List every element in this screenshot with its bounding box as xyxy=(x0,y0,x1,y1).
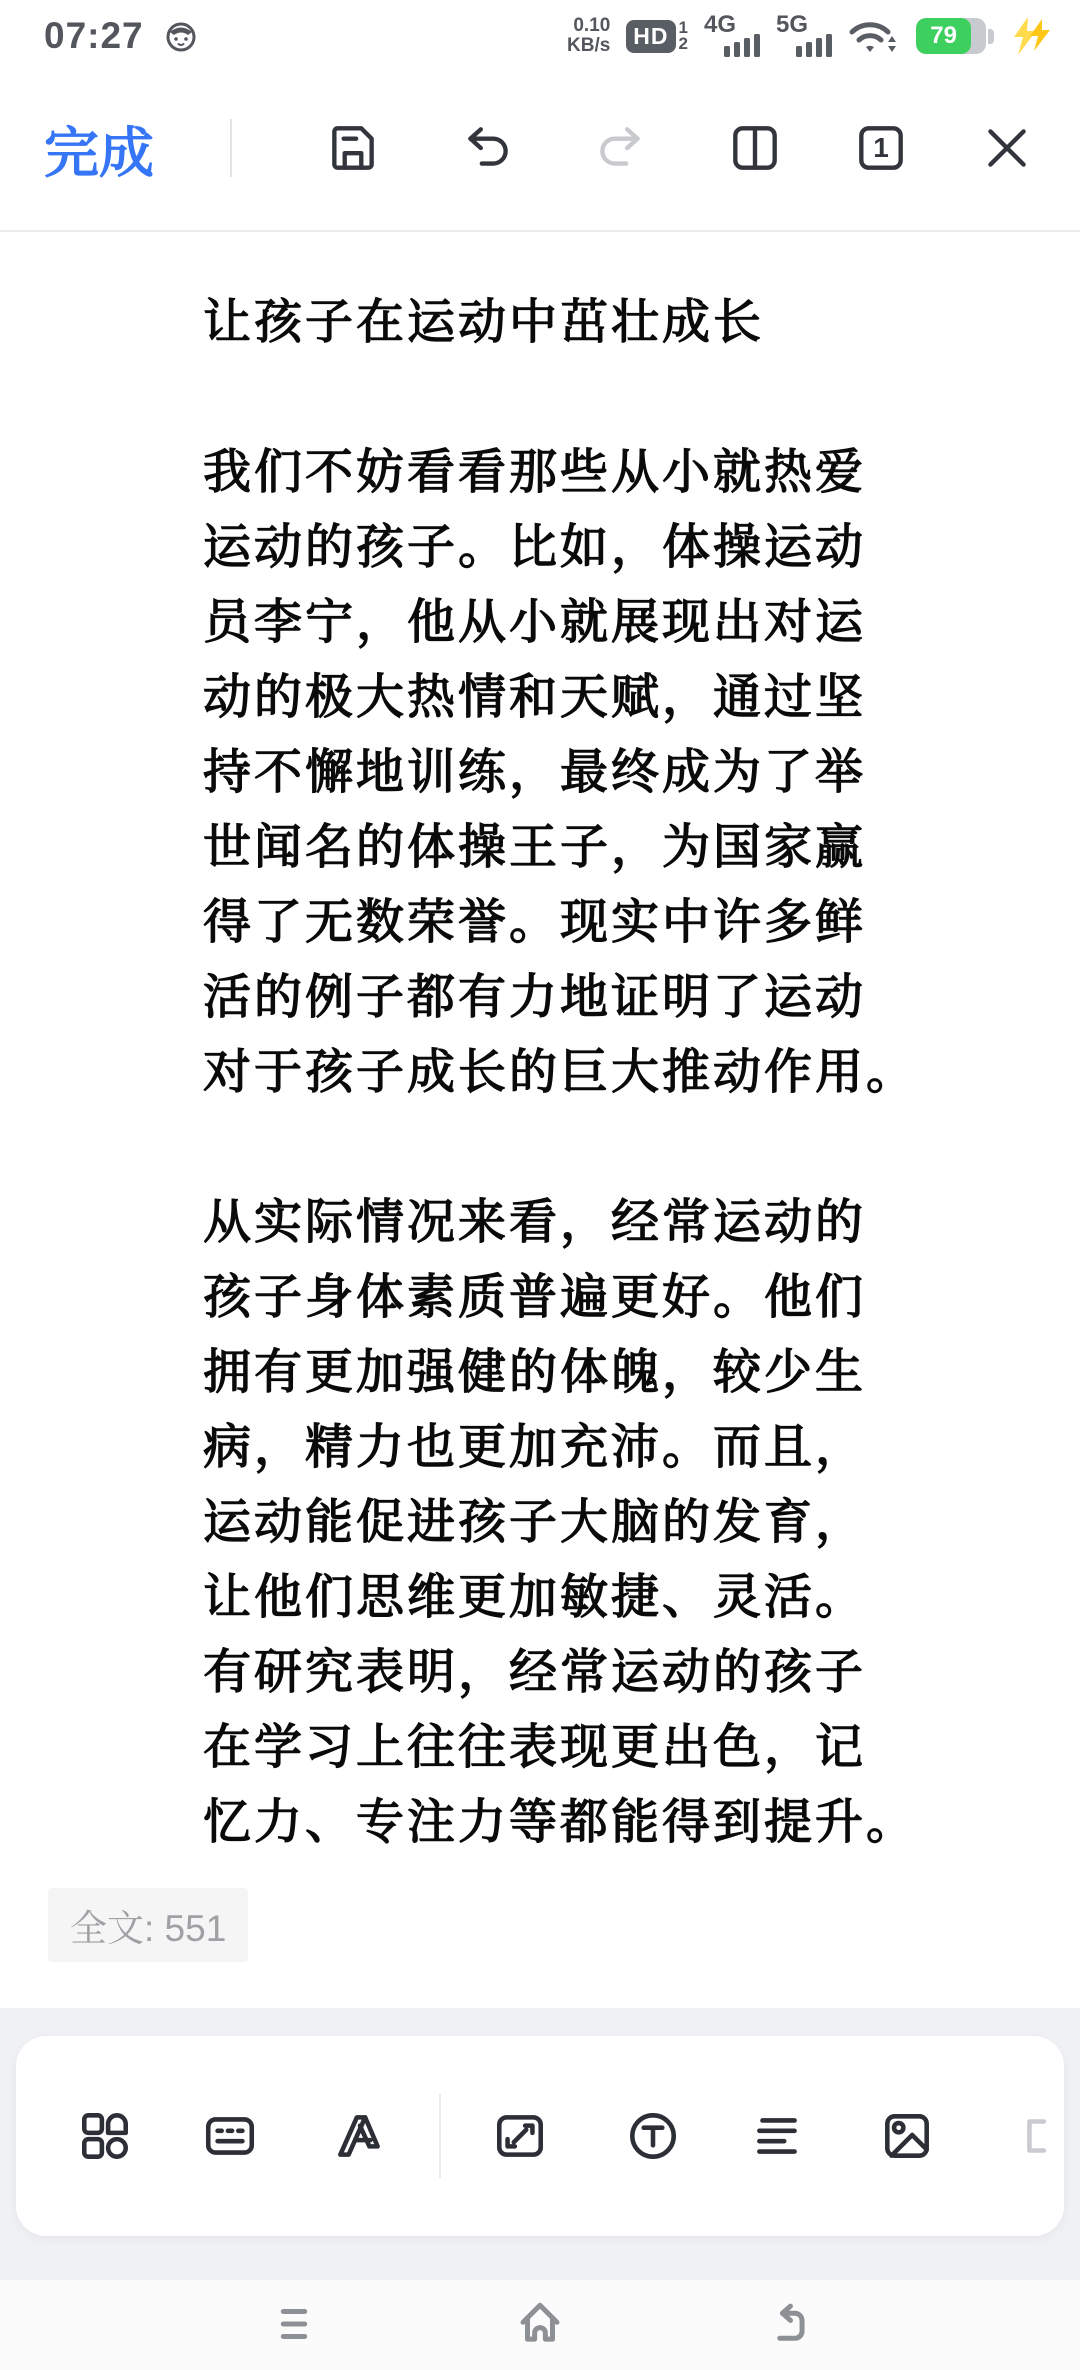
font-style-icon[interactable] xyxy=(331,2107,389,2165)
document-line: 病，精力也更加充沛。而且， xyxy=(203,1410,933,1485)
document-line: 运动的孩子。比如，体操运动 xyxy=(203,510,933,585)
document-line: 我们不妨看看那些从小就热爱 xyxy=(203,435,933,510)
status-bar: 07:27 0.10 KB/s HD 1 2 4G xyxy=(0,0,1080,66)
document-line: 拥有更加强健的体魄，较少生 xyxy=(203,1335,933,1410)
document-page[interactable]: 让孩子在运动中茁壮成长我们不妨看看那些从小就热爱运动的孩子。比如，体操运动员李宁… xyxy=(0,234,1080,2008)
resize-icon[interactable] xyxy=(491,2107,549,2165)
network-speed: 0.10 KB/s xyxy=(567,16,610,56)
editing-tool-card: T xyxy=(16,2036,1064,2236)
word-count-badge: 全文: 551 xyxy=(48,1888,248,1962)
document-line: 员李宁，他从小就展现出对运 xyxy=(203,585,933,660)
sim2-signal: 5G xyxy=(776,13,832,59)
document-line: 得了无数荣誉。现实中许多鲜 xyxy=(203,885,933,960)
sim1-signal: 4G xyxy=(704,13,760,59)
page-number-icon[interactable]: 1 xyxy=(852,119,910,177)
editor-toolbar: 完成 xyxy=(0,66,1080,232)
split-screen-icon[interactable] xyxy=(726,119,784,177)
blank-line xyxy=(203,1110,933,1185)
back-icon[interactable] xyxy=(761,2299,811,2349)
align-paragraph-icon[interactable] xyxy=(749,2107,807,2165)
document-line: 运动能促进孩子大脑的发育， xyxy=(203,1485,933,1560)
card-divider xyxy=(439,2094,441,2178)
undo-icon[interactable] xyxy=(458,119,516,177)
menu-icon[interactable] xyxy=(269,2299,319,2349)
document-line: 有研究表明，经常运动的孩子 xyxy=(203,1635,933,1710)
document-line: 活的例子都有力地证明了运动 xyxy=(203,960,933,1035)
document-title: 让孩子在运动中茁壮成长 xyxy=(203,285,933,360)
notification-app-icon xyxy=(162,17,200,55)
keyboard-icon[interactable] xyxy=(201,2107,259,2165)
widgets-icon[interactable] xyxy=(76,2107,134,2165)
blank-line xyxy=(203,360,933,435)
document-line: 对于孩子成长的巨大推动作用。 xyxy=(203,1035,933,1110)
save-icon[interactable] xyxy=(324,119,382,177)
document-line: 在学习上往往表现更出色，记 xyxy=(203,1710,933,1785)
close-icon[interactable] xyxy=(978,119,1036,177)
battery-indicator: 79 xyxy=(916,18,994,54)
battery-percent: 79 xyxy=(930,22,957,50)
document-line: 世闻名的体操王子，为国家赢 xyxy=(203,810,933,885)
home-icon[interactable] xyxy=(515,2299,565,2349)
wifi-icon xyxy=(848,16,900,56)
document-line: 动的极大热情和天赋，通过坚 xyxy=(203,660,933,735)
charging-bolt-icon xyxy=(1010,15,1054,57)
document-line: 从实际情况来看，经常运动的 xyxy=(203,1185,933,1260)
document-line: 忆力、专注力等都能得到提升。 xyxy=(203,1785,933,1860)
clock: 07:27 xyxy=(44,15,144,57)
toolbar-divider xyxy=(230,119,232,177)
redo-icon[interactable] xyxy=(592,119,650,177)
more-partial-icon[interactable] xyxy=(988,2107,1046,2165)
image-icon[interactable] xyxy=(878,2107,936,2165)
document-line: 让他们思维更加敏捷、灵活。 xyxy=(203,1560,933,1635)
bottom-panel: T xyxy=(0,2008,1080,2370)
android-nav-bar xyxy=(0,2284,1080,2364)
volte-hd-badge: HD 1 2 xyxy=(626,20,688,53)
document-line: 孩子身体素质普遍更好。他们 xyxy=(203,1260,933,1335)
document-body[interactable]: 让孩子在运动中茁壮成长我们不妨看看那些从小就热爱运动的孩子。比如，体操运动员李宁… xyxy=(203,285,933,1860)
text-tool-icon[interactable]: T xyxy=(624,2107,682,2165)
done-button[interactable]: 完成 xyxy=(44,109,154,188)
document-line: 持不懈地训练，最终成为了举 xyxy=(203,735,933,810)
battery-fill: 79 xyxy=(916,18,971,54)
